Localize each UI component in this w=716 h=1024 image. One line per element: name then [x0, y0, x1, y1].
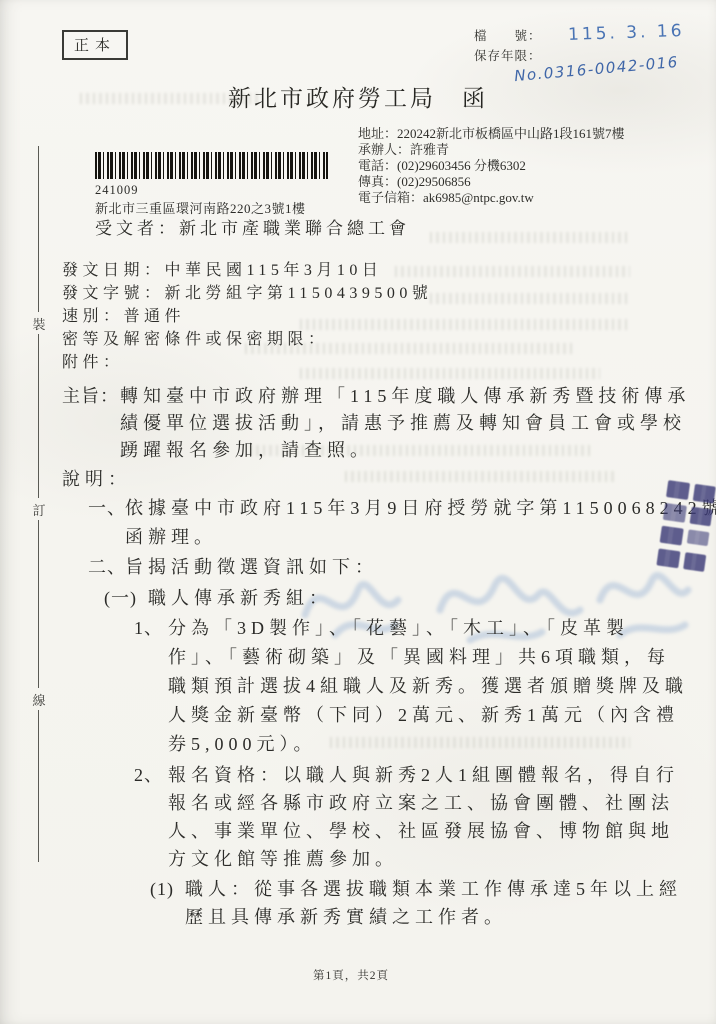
subject-label: 主旨： [62, 383, 120, 410]
barcode-number: 241009 [95, 183, 139, 198]
receipt-stamp [653, 477, 716, 578]
retention-period-label: 保存年限： [474, 46, 542, 66]
contact-email: 電子信箱：ak6985@ntpc.gov.tw [358, 190, 625, 206]
issue-date: 發文日期：中華民國115年3月10日 [62, 263, 432, 279]
numbered-item-2: 2、 報名資格：以職人與新秀2人1組團體報名，得自行 報名或經各縣市政府立案之工… [134, 761, 679, 873]
scanned-official-letter: 正本 檔 號： 保存年限： 115. 3. 16 No.0316-0042-01… [0, 0, 716, 1024]
bleed-through [430, 293, 630, 304]
handwritten-file-date: 115. 3. 16 [568, 21, 685, 45]
item-1-text: 依據臺中市政府115年3月9日府授勞就字第1150068242號 函辦理。 [125, 494, 716, 552]
page-title: 新北市政府勞工局 函 [0, 80, 716, 113]
binding-line [38, 146, 39, 312]
binding-line [38, 334, 39, 498]
bleed-through [430, 232, 630, 243]
subject-text: 轉知臺中市政府辦理「115年度職人傳承新秀暨技術傳承 績優單位選拔活動」，請惠予… [120, 383, 690, 464]
explanation-item-2: 二、 旨揭活動徵選資訊如下： [88, 553, 378, 582]
subject-paragraph: 主旨： 轉知臺中市政府辦理「115年度職人傳承新秀暨技術傳承 績優單位選拔活動」… [62, 383, 690, 464]
item-2-label: 二、 [88, 553, 125, 582]
original-copy-label: 正本 [74, 38, 116, 54]
document-meta-block: 發文日期：中華民國115年3月10日 發文字號：新北勞組字第1150439500… [62, 263, 432, 378]
binding-line [38, 710, 39, 862]
contact-officer: 承辦人：許雅青 [358, 142, 625, 158]
issue-number: 發文字號：新北勞組字第1150439500號 [62, 286, 432, 302]
item-1-label: 一、 [88, 494, 125, 523]
recipient-line: 受文者：新北市產職業聯合總工會 [95, 214, 410, 239]
bleed-through [345, 471, 615, 482]
original-copy-stamp: 正本 [62, 30, 128, 60]
numbered-item-2-label: 2、 [134, 761, 168, 789]
attachment-field: 附件： [62, 355, 432, 371]
page-number: 第1頁，共2頁 [0, 967, 702, 983]
speed-class: 速別：普通件 [62, 309, 432, 325]
numbered-item-1-text: 分為「3D製作」、「花藝」、「木工」、「皮革製 作」、「藝術砌築」及「異國料理」… [168, 614, 688, 759]
sub-item-1-text: 職人傳承新秀組： [148, 584, 332, 613]
barcode [95, 152, 328, 179]
explanation-item-1: 一、 依據臺中市政府115年3月9日府授勞就字第1150068242號 函辦理。 [88, 494, 716, 552]
sub-item-1-label: (一) [104, 584, 148, 613]
binding-char-zhuang: 裝 [29, 314, 49, 333]
binding-line [38, 520, 39, 688]
sub-numbered-item-1-text: 職人：從事各選拔職類本業工作傳承達5年以上經 歷且具傳承新秀實績之工作者。 [185, 875, 682, 931]
explanation-label: 說明： [62, 465, 131, 491]
sub-numbered-item-1: (1) 職人：從事各選拔職類本業工作傳承達5年以上經 歷且具傳承新秀實績之工作者… [150, 875, 682, 931]
item-2-text: 旨揭活動徵選資訊如下： [125, 553, 378, 582]
secrecy-class: 密等及解密條件或保密期限： [62, 332, 432, 348]
numbered-item-2-text: 報名資格：以職人與新秀2人1組團體報名，得自行 報名或經各縣市政府立案之工、協會… [168, 761, 679, 873]
contact-phone: 電話：(02)29603456 分機6302 [358, 158, 625, 174]
sub-item-1: (一) 職人傳承新秀組： [104, 584, 332, 613]
numbered-item-1: 1、 分為「3D製作」、「花藝」、「木工」、「皮革製 作」、「藝術砌築」及「異國… [134, 614, 688, 759]
file-number-label: 檔 號： [474, 26, 542, 46]
agency-contact-block: 地址：220242新北市板橋區中山路1段161號7樓 承辦人：許雅青 電話：(0… [358, 126, 625, 206]
numbered-item-1-label: 1、 [134, 614, 168, 643]
contact-fax: 傳真：(02)29506856 [358, 174, 625, 190]
binding-char-ding: 訂 [29, 500, 49, 519]
agency-address: 地址：220242新北市板橋區中山路1段161號7樓 [358, 126, 625, 142]
binding-char-xian: 線 [29, 690, 49, 709]
filing-block: 檔 號： 保存年限： [474, 26, 542, 66]
sub-numbered-item-1-label: (1) [150, 875, 185, 903]
